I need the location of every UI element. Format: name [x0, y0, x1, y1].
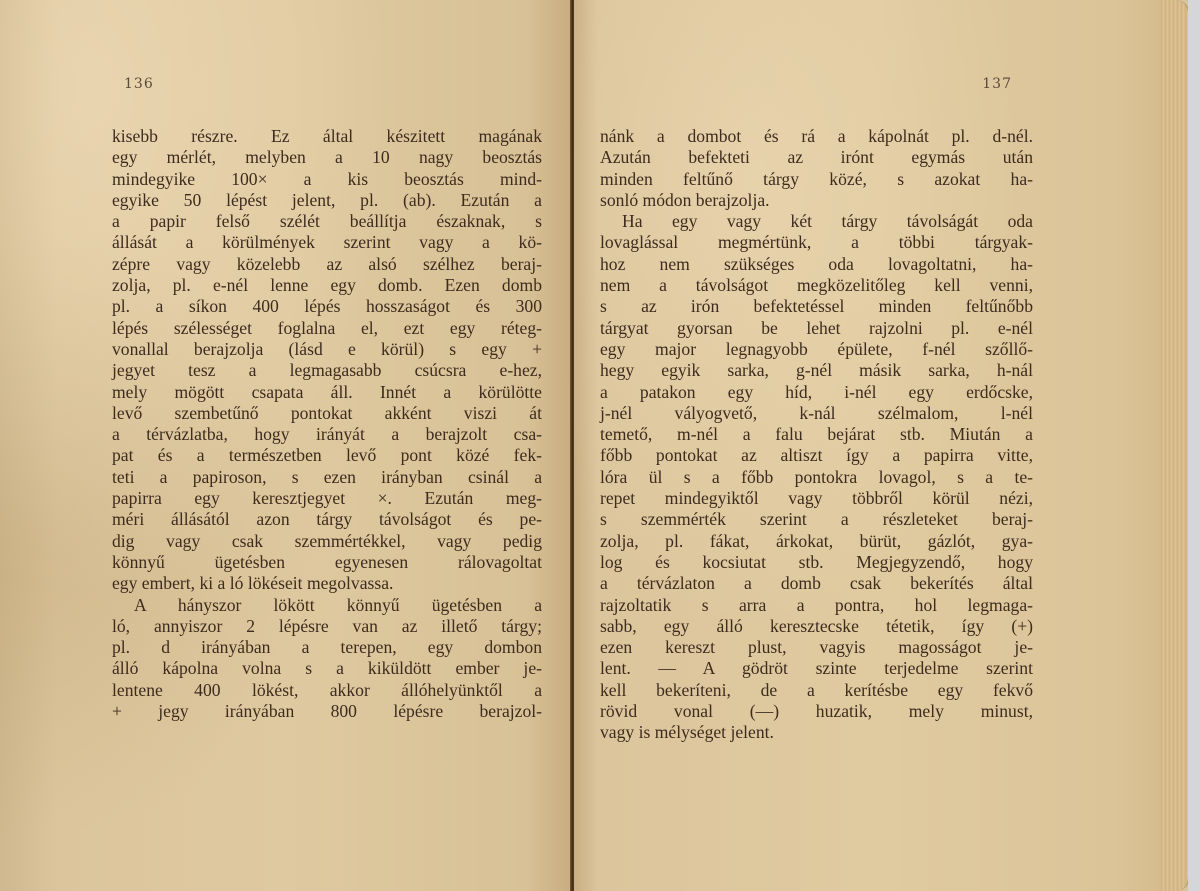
- text-line: könnyű ügetésben egyenesen rálovagoltat: [112, 552, 542, 573]
- text-line: a térvázlatba, hogy irányát a berajzolt …: [112, 424, 542, 445]
- text-line: méri állásától azon tárgy távolságot és …: [112, 509, 542, 530]
- text-line: egy mérlét, melyben a 10 nagy beosztás: [112, 147, 542, 168]
- book-spread: 136 kisebb részre. Ez által készitett ma…: [0, 0, 1200, 891]
- text-line: papirra egy keresztjegyet ×. Ezután meg-: [112, 488, 542, 509]
- left-page: 136 kisebb részre. Ez által készitett ma…: [0, 0, 572, 891]
- left-page-text: kisebb részre. Ez által készitett magána…: [112, 126, 542, 722]
- text-line: teti a papiroson, s ezen irányban csinál…: [112, 467, 542, 488]
- page-edges: [1160, 0, 1190, 891]
- text-line: rövid vonal (—) huzatik, mely minust,: [600, 701, 1033, 722]
- text-line: rajzoltatik s arra a pontra, hol legmaga…: [600, 595, 1033, 616]
- text-line: temető, m-nél a falu bejárat stb. Miután…: [600, 424, 1033, 445]
- text-line: repet mindegyiktől vagy többről körül né…: [600, 488, 1033, 509]
- text-line: kisebb részre. Ez által készitett magána…: [112, 126, 542, 147]
- text-line: minden feltűnő tárgy közé, s azokat ha-: [600, 169, 1033, 190]
- page-number-right: 137: [982, 76, 1012, 92]
- text-line: log és kocsiutat stb. Megjegyzendő, hogy: [600, 552, 1033, 573]
- text-line: egy embert, ki a ló lökéseit megolvassa.: [112, 573, 542, 594]
- text-line: s szemmérték szerint a részleteket beraj…: [600, 509, 1033, 530]
- text-line: kell bekeríteni, de a kerítésbe egy fekv…: [600, 680, 1033, 701]
- text-line: s az irón befektetéssel minden feltűnőbb: [600, 296, 1033, 317]
- text-line: nem a távolságot megközelitőleg kell ven…: [600, 275, 1033, 296]
- text-line: lovaglással megmértünk, a többi tárgyak-: [600, 232, 1033, 253]
- text-line: ezen kereszt plust, vagyis magosságot je…: [600, 637, 1033, 658]
- text-line: hegy egyik sarka, g-nél másik sarka, h-n…: [600, 360, 1033, 381]
- text-line: zépre vagy közelebb az alsó szélhez bera…: [112, 254, 542, 275]
- text-line: tárgyat gyorsan be lehet rajzolni pl. e-…: [600, 318, 1033, 339]
- text-line: pl. d irányában a terepen, egy dombon: [112, 637, 542, 658]
- text-line: dig vagy csak szemmértékkel, vagy pedig: [112, 531, 542, 552]
- text-line: zolja, pl. e-nél lenne egy domb. Ezen do…: [112, 275, 542, 296]
- right-page: 137 nánk a dombot és rá a kápolnát pl. d…: [574, 0, 1174, 891]
- text-line: álló kápolna volna s a kiküldött ember j…: [112, 658, 542, 679]
- text-line: hoz nem szükséges oda lovagoltatni, ha-: [600, 254, 1033, 275]
- right-page-text: nánk a dombot és rá a kápolnát pl. d-nél…: [600, 126, 1033, 744]
- text-line: sonló módon berajzolja.: [600, 190, 1033, 211]
- text-line: egy major legnagyobb épülete, f-nél szől…: [600, 339, 1033, 360]
- text-line: A hányszor lökött könnyű ügetésben a: [112, 595, 542, 616]
- text-line: jegyet tesz a legmagasabb csúcsra e-hez,: [112, 360, 542, 381]
- text-line: a patakon egy híd, i-nél egy erdőcske,: [600, 382, 1033, 403]
- text-line: ló, annyiszor 2 lépésre van az illető tá…: [112, 616, 542, 637]
- text-line: pl. a síkon 400 lépés hosszaságot és 300: [112, 296, 542, 317]
- text-line: sabb, egy álló keresztecske tétetik, így…: [600, 616, 1033, 637]
- text-line: + jegy irányában 800 lépésre berajzol-: [112, 701, 542, 722]
- text-line: levő szembetűnő pontokat akként viszi át: [112, 403, 542, 424]
- text-line: j-nél vályogvető, k-nál szélmalom, l-nél: [600, 403, 1033, 424]
- text-line: a papir felső szélét beállítja északnak,…: [112, 211, 542, 232]
- text-line: lentene 400 lökést, akkor állóhelyünktől…: [112, 680, 542, 701]
- text-line: mely mögött csapata áll. Innét a körülöt…: [112, 382, 542, 403]
- text-line: vagy is mélységet jelent.: [600, 722, 1033, 743]
- text-line: lépés szélességet foglalna el, ezt egy r…: [112, 318, 542, 339]
- text-line: pat és a természetben levő pont közé fek…: [112, 445, 542, 466]
- text-line: lóra ül s a főbb pontokra lovagol, s a t…: [600, 467, 1033, 488]
- text-line: zolja, pl. fákat, árkokat, bürüt, gázlót…: [600, 531, 1033, 552]
- text-line: egyike 50 lépést jelent, pl. (ab). Ezutá…: [112, 190, 542, 211]
- text-line: állását a körülmények szerint vagy a kö-: [112, 232, 542, 253]
- text-line: főbb pontokat az altiszt így a papirra v…: [600, 445, 1033, 466]
- text-line: lent. — A gödröt szinte terjedelme szeri…: [600, 658, 1033, 679]
- text-line: vonallal berajzolja (lásd e körül) s egy…: [112, 339, 542, 360]
- text-line: Ha egy vagy két tárgy távolságát oda: [600, 211, 1033, 232]
- text-line: Azután befekteti az irónt egymás után: [600, 147, 1033, 168]
- page-number-left: 136: [124, 76, 154, 92]
- text-line: a térvázlaton a domb csak bekerítés álta…: [600, 573, 1033, 594]
- text-line: nánk a dombot és rá a kápolnát pl. d-nél…: [600, 126, 1033, 147]
- text-line: mindegyike 100× a kis beosztás mind-: [112, 169, 542, 190]
- background-surface: [1188, 0, 1200, 891]
